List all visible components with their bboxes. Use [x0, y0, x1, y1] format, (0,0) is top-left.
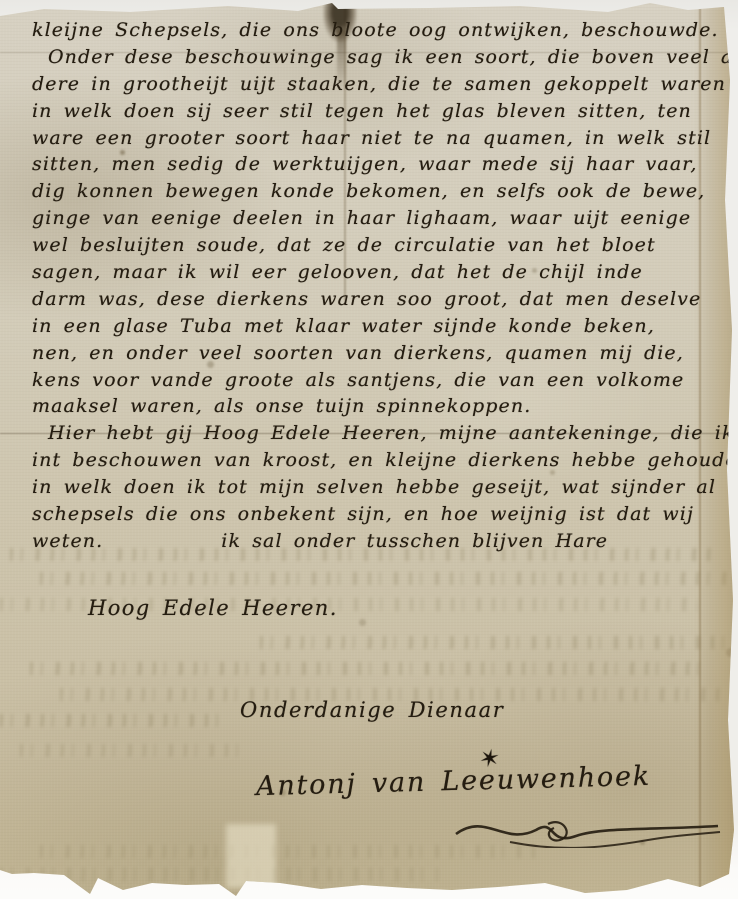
valediction: Hoog Edele Heeren.: [88, 596, 338, 620]
manuscript-line: Onder dese beschouwinge sag ik een soort…: [32, 44, 732, 71]
last-line-word: weten.: [32, 528, 103, 555]
manuscript-line: weten. ik sal onder tusschen blijven Har…: [32, 528, 732, 555]
manuscript-line: wel besluijten soude, dat ze de circulat…: [32, 232, 732, 259]
manuscript-line: kens voor vande groote als santjens, die…: [32, 367, 732, 394]
last-line-phrase: ik sal onder tusschen blijven Hare: [221, 528, 608, 555]
bleedthrough-line: [260, 636, 726, 649]
bleedthrough-line: [0, 868, 438, 881]
paper-repair-patch: [226, 824, 276, 888]
letter-body: kleijne Schepsels, die ons bloote oog on…: [32, 17, 732, 555]
manuscript-line: in welk doen sij seer stil tegen het gla…: [32, 98, 732, 125]
manuscript-line: sagen, maar ik wil eer gelooven, dat het…: [32, 259, 732, 286]
bleedthrough-line: [0, 714, 230, 727]
manuscript-line: schepsels die ons onbekent sijn, en hoe …: [32, 501, 732, 528]
photo-background: kleijne Schepsels, die ons bloote oog on…: [0, 0, 738, 899]
manuscript-line: nen, en onder veel soorten van dierkens,…: [32, 340, 732, 367]
bleedthrough-line: [30, 662, 708, 675]
manuscript-line: ware een grooter soort haar niet te na q…: [32, 125, 732, 152]
signature-flourish-icon: [452, 802, 724, 848]
manuscript-line: kleijne Schepsels, die ons bloote oog on…: [32, 17, 732, 44]
manuscript-line: sitten, men sedig de werktuijgen, waar m…: [32, 151, 732, 178]
bleedthrough-line: [40, 572, 728, 585]
manuscript-line: Hier hebt gij Hoog Edele Heeren, mijne a…: [32, 420, 732, 447]
manuscript-line: ginge van eenige deelen in haar lighaam,…: [32, 205, 732, 232]
manuscript-line: maaksel waren, als onse tuijn spinnekopp…: [32, 393, 732, 420]
bleedthrough-line: [20, 744, 240, 757]
closing-line: Onderdanige Dienaar: [240, 698, 504, 722]
manuscript-line: in een glase Tuba met klaar water sijnde…: [32, 313, 732, 340]
manuscript-paper: kleijne Schepsels, die ons bloote oog on…: [0, 0, 738, 899]
manuscript-line: dere in grootheijt uijt staaken, die te …: [32, 71, 732, 98]
manuscript-line: dig konnen bewegen konde bekomen, en sel…: [32, 178, 732, 205]
manuscript-line: int beschouwen van kroost, en kleijne di…: [32, 447, 732, 474]
manuscript-line: in welk doen ik tot mijn selven hebbe ge…: [32, 474, 732, 501]
manuscript-line: darm was, dese dierkens waren soo groot,…: [32, 286, 732, 313]
